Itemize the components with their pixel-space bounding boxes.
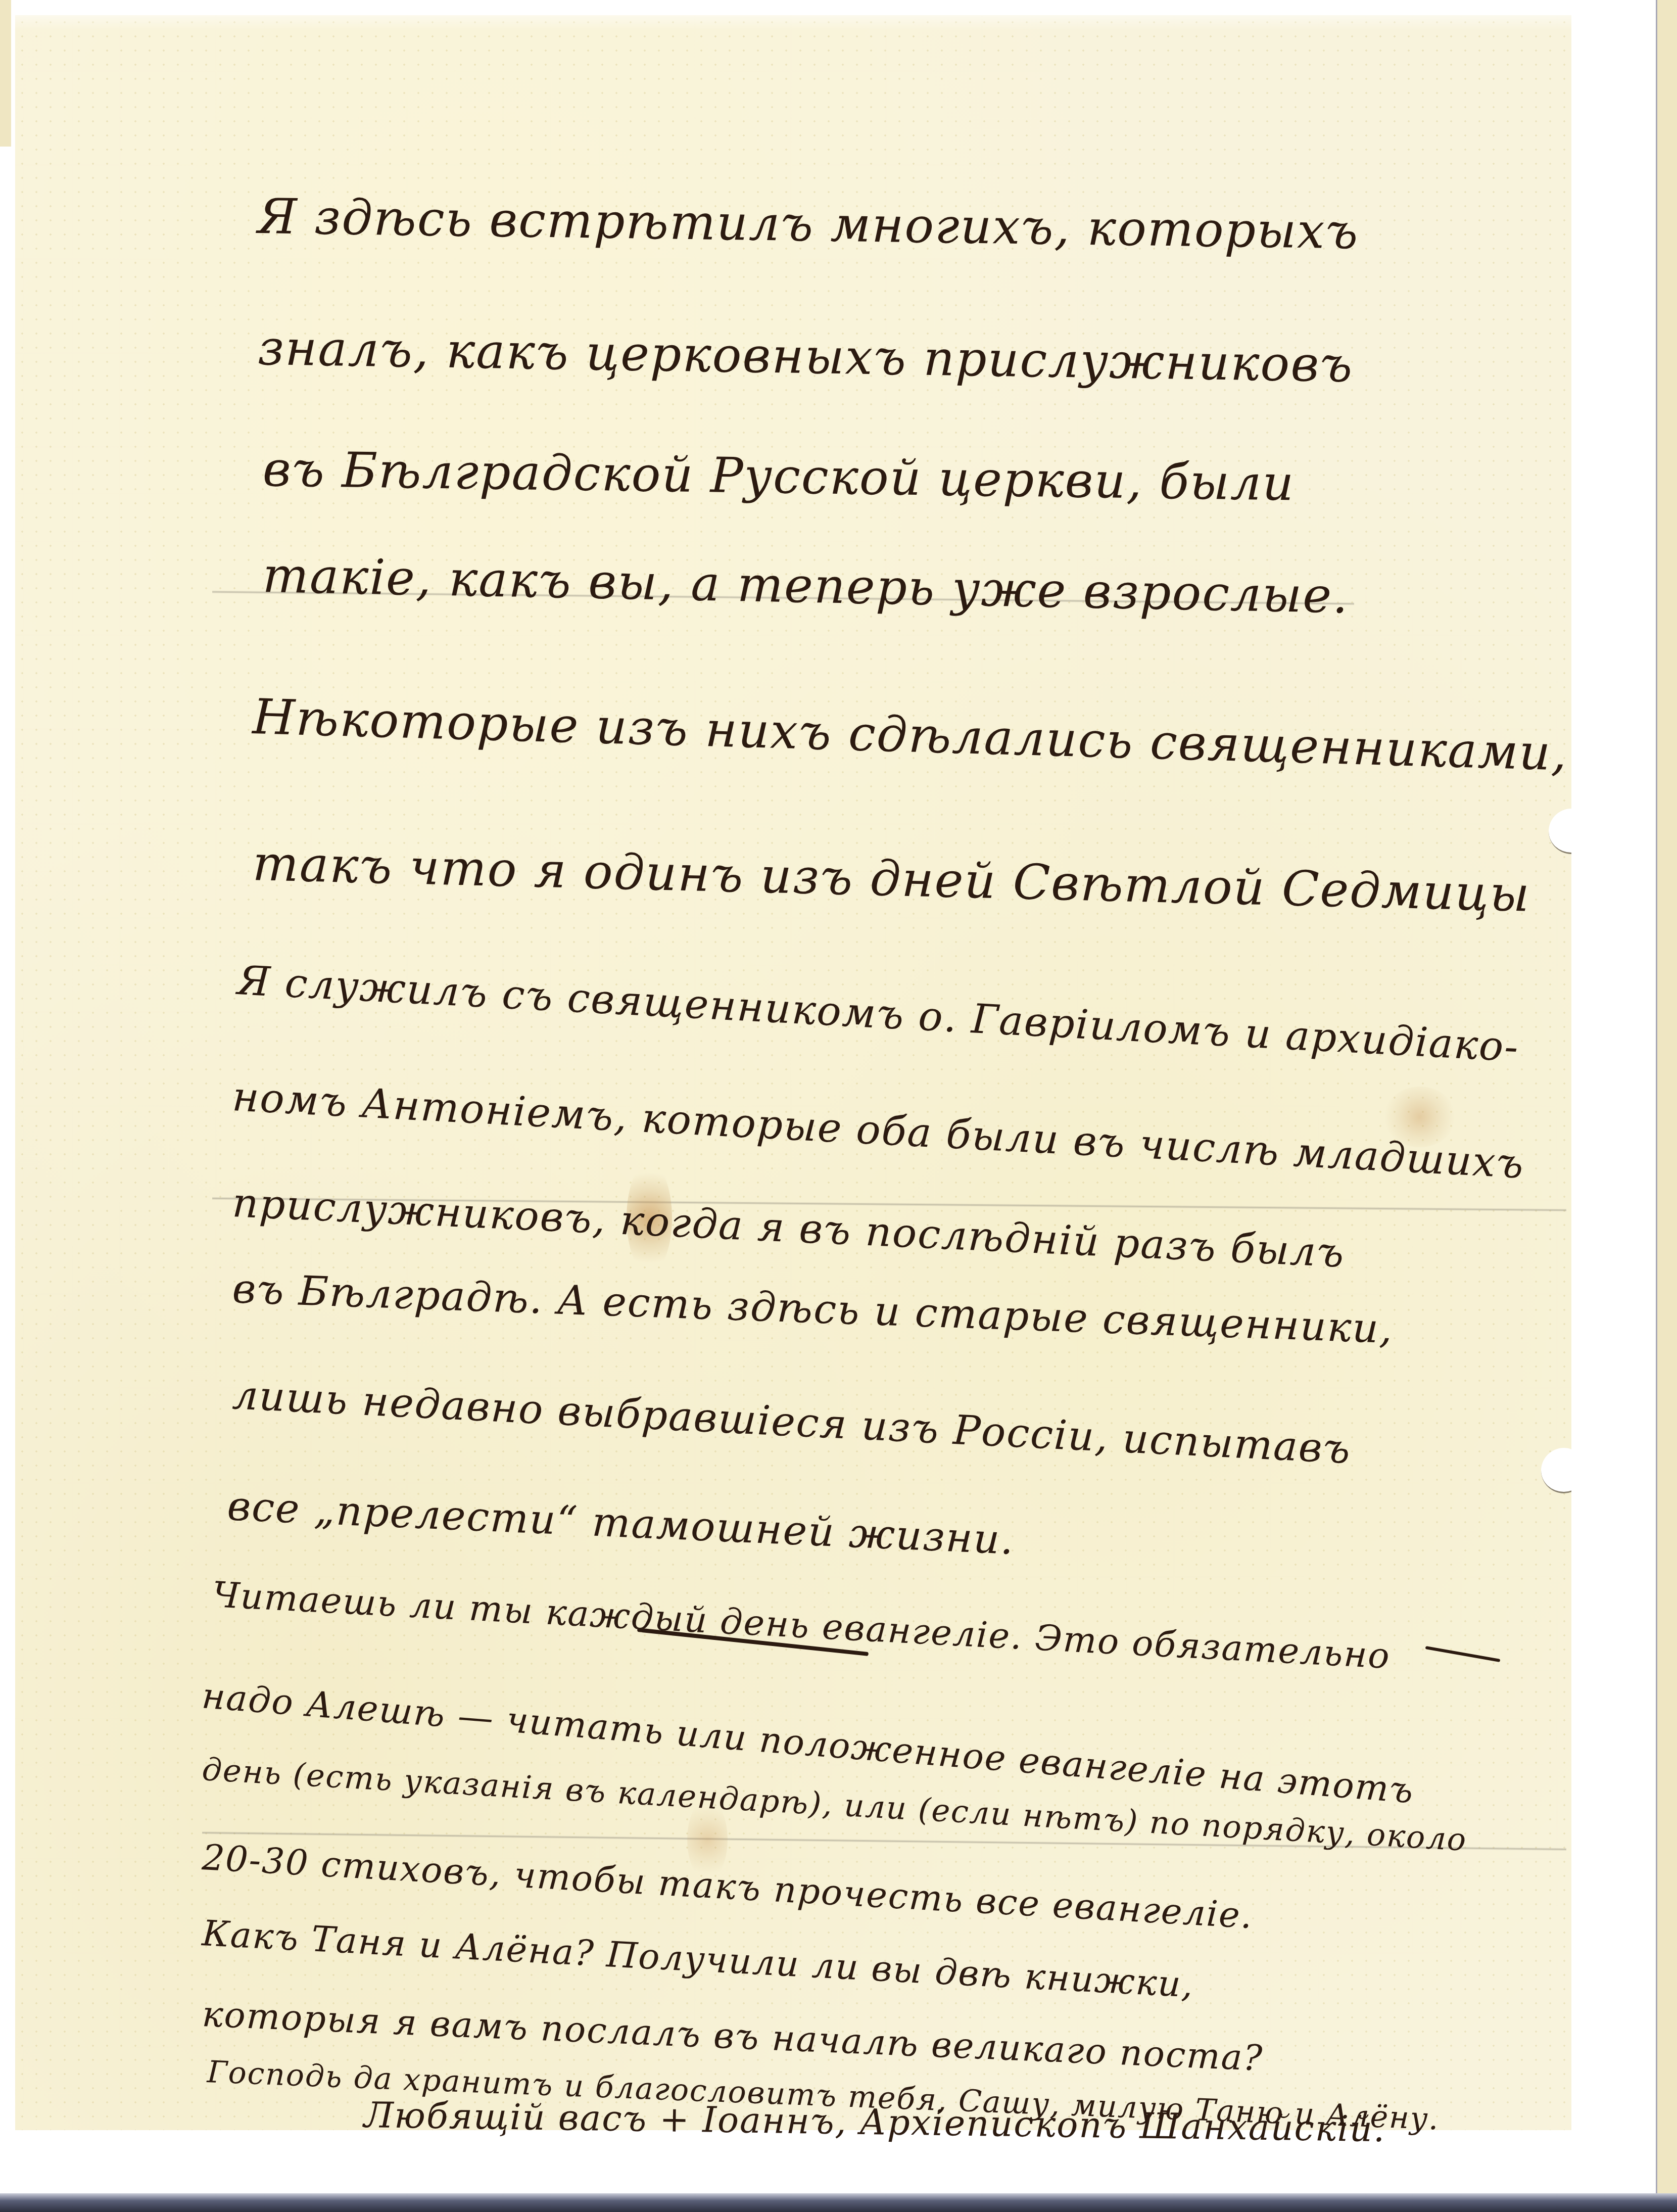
left-scan-edge	[0, 0, 11, 147]
scanned-page: Я здѣсь встрѣтилъ многихъ, которыхъ знал…	[0, 0, 1677, 2212]
right-scan-margin	[1571, 0, 1612, 2212]
paper-top-fade	[15, 0, 1571, 30]
right-scan-edge	[1657, 0, 1677, 2193]
bottom-scan-edge	[0, 2193, 1677, 2212]
letter-line: въ Бѣлградской Русской церкви, были	[262, 445, 1295, 508]
letter-line: Я здѣсь встрѣтилъ многихъ, которыхъ	[257, 192, 1359, 256]
